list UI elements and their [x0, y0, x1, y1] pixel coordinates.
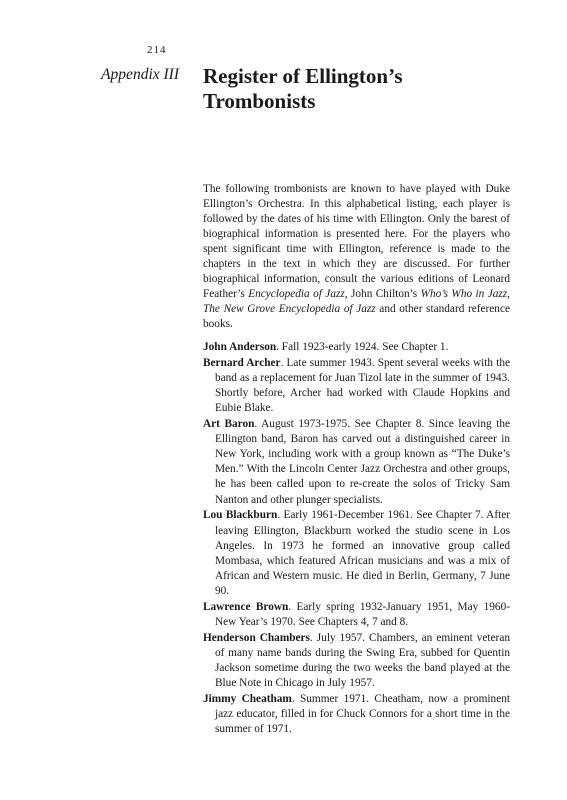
register-entry: Jimmy Cheatham. Summer 1971. Cheatham, n…: [203, 692, 510, 737]
entry-name: John Anderson: [203, 341, 276, 353]
entry-name: Bernard Archer: [203, 357, 281, 369]
intro-text-1: The following trombonists are known to h…: [203, 183, 510, 300]
page-number: 214: [147, 44, 167, 56]
trombonist-register-list: John Anderson. Fall 1923-early 1924. See…: [203, 340, 510, 738]
intro-paragraph: The following trombonists are known to h…: [203, 182, 510, 332]
entry-text: . August 1973-1975. See Chapter 8. Since…: [215, 418, 510, 505]
appendix-label: Appendix III: [58, 66, 179, 84]
entry-name: Lawrence Brown: [203, 601, 288, 613]
entry-name: Art Baron: [203, 418, 254, 430]
register-entry: Bernard Archer. Late summer 1943. Spent …: [203, 356, 510, 416]
register-entry: John Anderson. Fall 1923-early 1924. See…: [203, 340, 510, 355]
intro-text-2: John Chilton’s: [348, 288, 421, 300]
register-entry: Art Baron. August 1973-1975. See Chapter…: [203, 417, 510, 508]
chapter-title: Register of Ellington’s Trombonists: [203, 64, 403, 114]
entry-name: Henderson Chambers: [203, 632, 310, 644]
register-entry: Lawrence Brown. Early spring 1932-Januar…: [203, 600, 510, 630]
chapter-title-line-2: Trombonists: [203, 89, 403, 114]
register-entry: Henderson Chambers. July 1957. Chambers,…: [203, 631, 510, 691]
entry-text: . Early 1961-December 1961. See Chapter …: [215, 509, 510, 596]
chapter-title-line-1: Register of Ellington’s: [203, 64, 403, 89]
intro-italic-1: Encyclopedia of Jazz,: [248, 288, 347, 300]
entry-text: . Fall 1923-early 1924. See Chapter 1.: [276, 341, 448, 353]
register-entry: Lou Blackburn. Early 1961-December 1961.…: [203, 508, 510, 599]
entry-name: Jimmy Cheatham: [203, 693, 292, 705]
entry-name: Lou Blackburn: [203, 509, 277, 521]
